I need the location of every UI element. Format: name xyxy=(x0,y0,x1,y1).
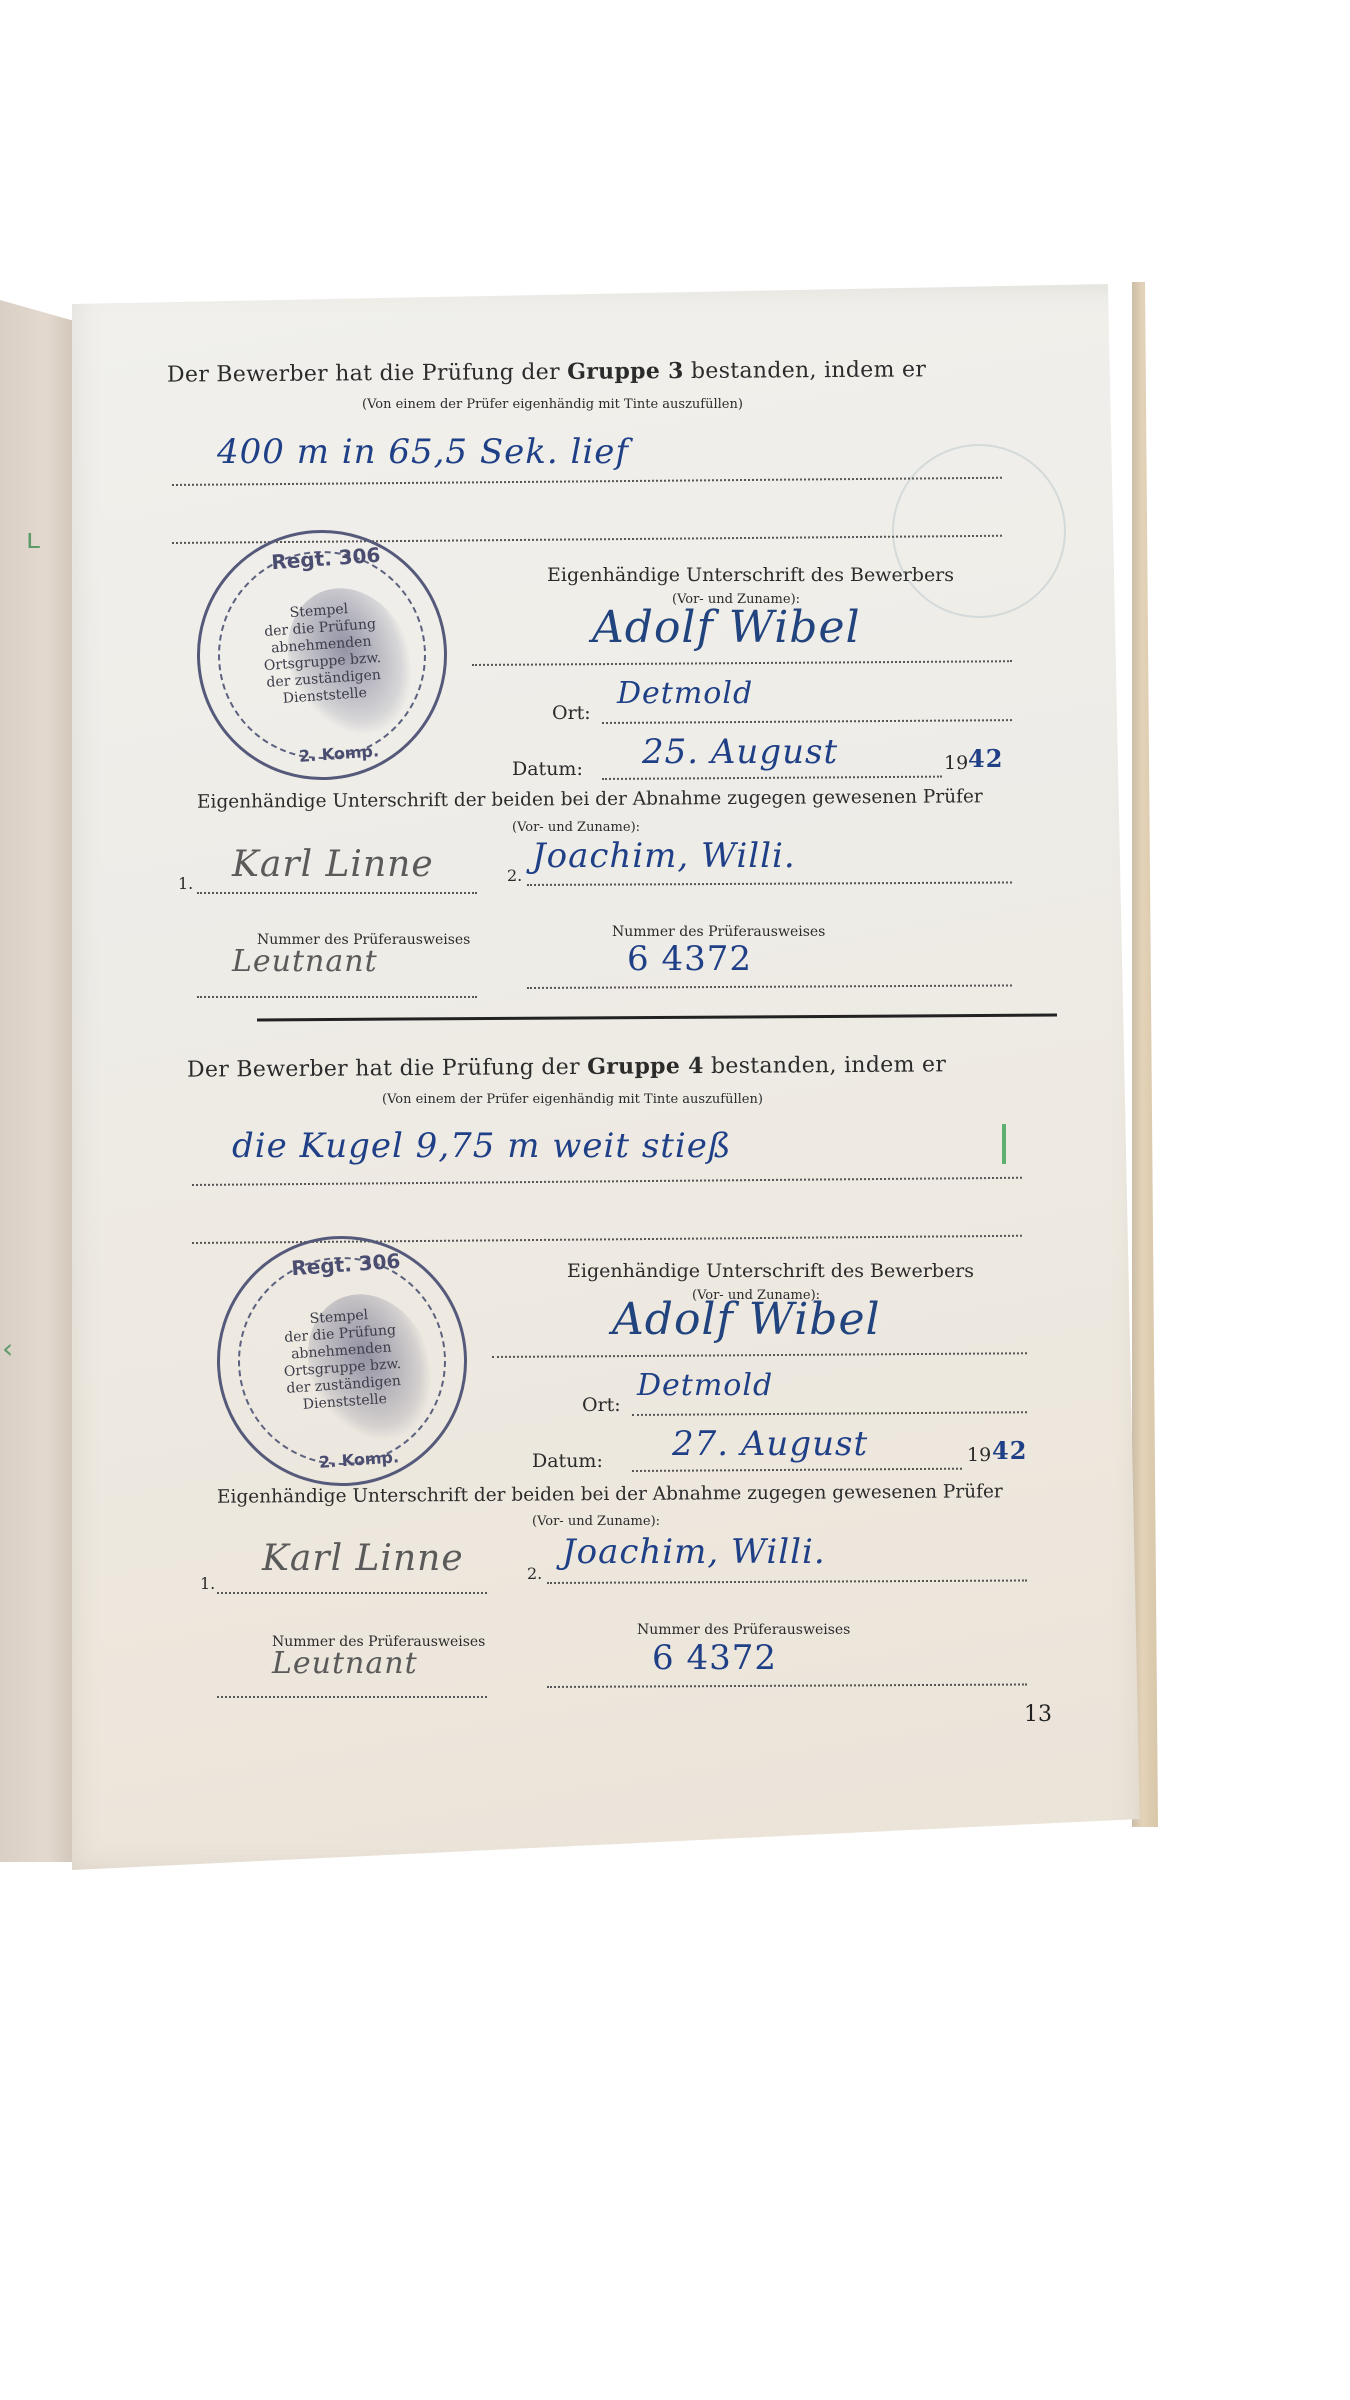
applicant-signature-label: Eigenhändige Unterschrift des Bewerbers xyxy=(547,564,954,586)
examiner-2-line xyxy=(527,881,1012,886)
show-through-stamp xyxy=(892,444,1066,618)
examiner-2-line xyxy=(547,1579,1027,1584)
date-line xyxy=(602,776,942,780)
section-divider xyxy=(257,1014,1057,1022)
achievement-entry: die Kugel 9,75 m weit stieß xyxy=(232,1126,732,1166)
examiner-1-signature: Karl Linne xyxy=(262,1538,464,1579)
examiner-1-id-line xyxy=(197,996,477,998)
name-hint: (Vor- und Zuname): xyxy=(532,1514,660,1529)
achievement-entry: 400 m in 65,5 Sek. lief xyxy=(217,432,629,472)
applicant-signature: Adolf Wibel xyxy=(612,1294,881,1345)
year-suffix: 42 xyxy=(968,744,1003,773)
page-number: 13 xyxy=(1024,1702,1052,1727)
examiner-2-id-line xyxy=(547,1683,1027,1688)
achievement-line xyxy=(172,477,1002,486)
green-pencil-mark xyxy=(1002,1124,1006,1164)
examiner-2-signature: Joachim, Willi. xyxy=(562,1532,826,1572)
booklet-page: Der Bewerber hat die Prüfung der Gruppe … xyxy=(72,284,1140,1870)
examiner-2-number: 2. xyxy=(527,1564,542,1583)
examiner-1-number: 1. xyxy=(200,1574,215,1593)
examiner-2-id-label: Nummer des Prüferausweises xyxy=(612,924,825,940)
examiner-2-signature: Joachim, Willi. xyxy=(532,836,796,876)
stamp-ring-bottom: 2. Komp. xyxy=(298,741,379,766)
examiner-1-number: 1. xyxy=(178,874,193,893)
examiners-label: Eigenhändige Unterschrift der beiden bei… xyxy=(197,786,983,812)
examiner-1-id: Leutnant xyxy=(232,944,378,979)
page-edges xyxy=(1132,282,1158,1827)
date-label: Datum: xyxy=(512,758,583,780)
date-value: 27. August xyxy=(672,1424,868,1464)
stamp-center-text: Stempel der die Prüfung abnehmenden Orts… xyxy=(237,597,408,710)
examiner-2-id-label: Nummer des Prüferausweises xyxy=(637,1622,850,1638)
achievement-line xyxy=(192,1177,1022,1186)
facing-page: ʟ ‹ xyxy=(0,292,78,1862)
section-heading: Der Bewerber hat die Prüfung der Gruppe … xyxy=(167,356,926,387)
stamp-center-text: Stempel der die Prüfung abnehmenden Orts… xyxy=(257,1303,428,1416)
place-line xyxy=(602,719,1012,724)
ink-instruction: (Von einem der Prüfer eigenhändig mit Ti… xyxy=(362,397,743,412)
green-pencil-mark: ‹ xyxy=(2,1332,13,1365)
date-value: 25. August xyxy=(642,732,838,772)
green-pencil-mark: ʟ xyxy=(26,522,40,555)
signature-line xyxy=(492,1352,1027,1358)
place-label: Ort: xyxy=(582,1394,621,1416)
place-label: Ort: xyxy=(552,702,591,724)
examiner-2-id-line xyxy=(527,984,1012,989)
stamp-ring-bottom: 2. Komp. xyxy=(318,1447,399,1472)
examiner-2-id: 6 4372 xyxy=(652,1638,777,1678)
group-label: Gruppe 4 xyxy=(587,1053,704,1080)
ink-instruction: (Von einem der Prüfer eigenhändig mit Ti… xyxy=(382,1092,763,1107)
year-prefix: 19 xyxy=(944,752,968,774)
place-line xyxy=(632,1411,1027,1416)
signature-line xyxy=(472,660,1012,666)
examiner-1-signature: Karl Linne xyxy=(232,844,434,885)
group-label: Gruppe 3 xyxy=(567,358,684,385)
section-heading: Der Bewerber hat die Prüfung der Gruppe … xyxy=(187,1051,946,1082)
place-value: Detmold xyxy=(617,676,753,711)
examiners-label: Eigenhändige Unterschrift der beiden bei… xyxy=(217,1481,1003,1507)
examiner-1-id-line xyxy=(217,1696,487,1698)
examiner-1-line xyxy=(217,1592,487,1594)
year-suffix: 42 xyxy=(992,1436,1027,1465)
date-label: Datum: xyxy=(532,1450,603,1472)
name-hint: (Vor- und Zuname): xyxy=(512,820,640,835)
unit-stamp: Regt. 306 2. Komp. Stempel der die Prüfu… xyxy=(209,1228,476,1495)
year-prefix: 19 xyxy=(967,1444,991,1466)
unit-stamp: Regt. 306 2. Komp. Stempel der die Prüfu… xyxy=(189,522,456,789)
examiner-2-id: 6 4372 xyxy=(627,939,752,979)
examiner-1-line xyxy=(197,892,477,894)
place-value: Detmold xyxy=(637,1368,773,1403)
examiner-2-number: 2. xyxy=(507,866,522,885)
applicant-signature-label: Eigenhändige Unterschrift des Bewerbers xyxy=(567,1260,974,1282)
examiner-1-id: Leutnant xyxy=(272,1646,418,1681)
date-line xyxy=(632,1468,962,1472)
applicant-signature: Adolf Wibel xyxy=(592,602,861,653)
